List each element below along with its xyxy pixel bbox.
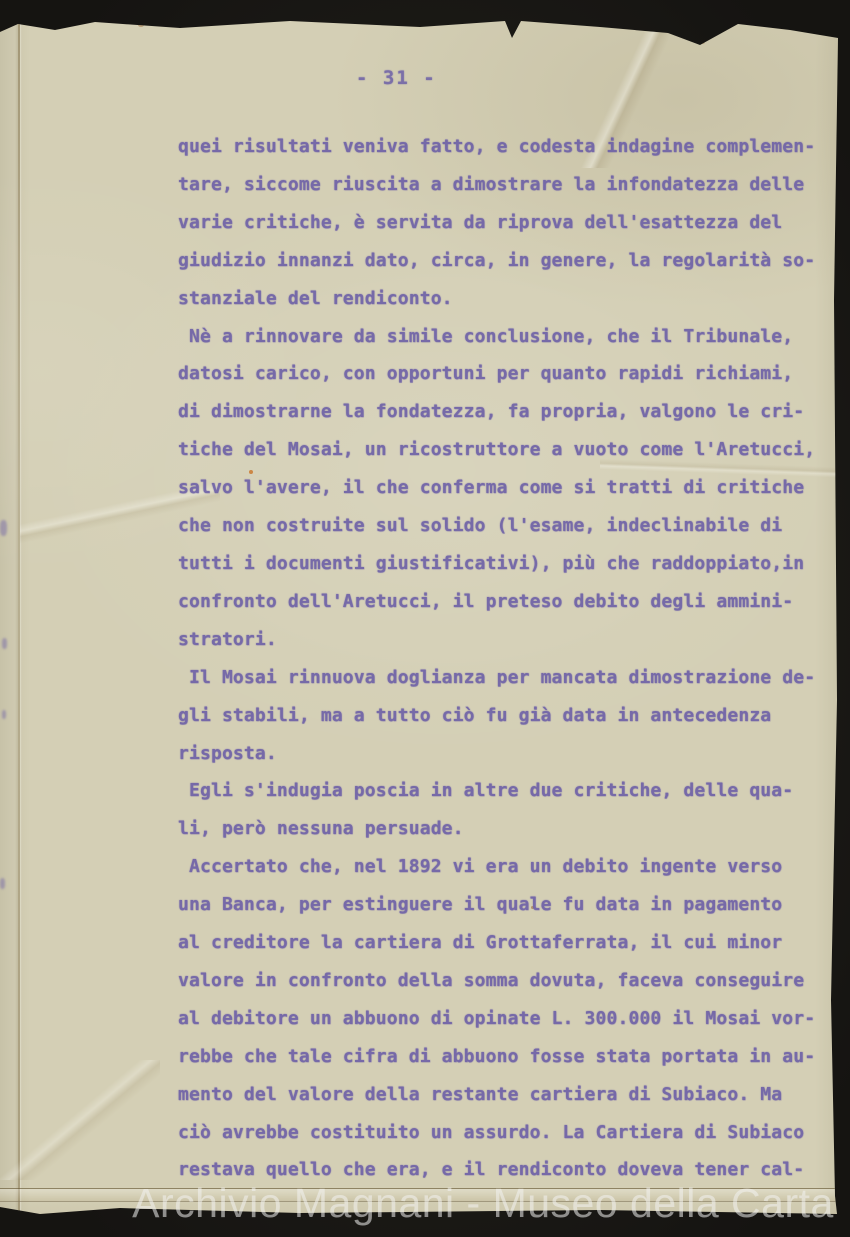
- text-line: Il Mosai rinnuova doglianza per mancata …: [178, 659, 838, 697]
- text-line: salvo l'avere, il che conferma come si t…: [178, 469, 838, 507]
- text-line: che non costruite sul solido (l'esame, i…: [178, 507, 838, 545]
- binding-crease: [18, 22, 20, 1213]
- archive-watermark: Archivio Magnani - Museo della Carta: [118, 1180, 848, 1227]
- text-line: una Banca, per estinguere il quale fu da…: [178, 886, 838, 924]
- text-line: di dimostrarne la fondatezza, fa propria…: [178, 393, 838, 431]
- adjacent-sheet-strip: [0, 0, 18, 1237]
- text-line: stanziale del rendiconto.: [178, 280, 838, 318]
- text-line: Nè a rinnovare da simile conclusione, ch…: [178, 318, 838, 356]
- ink-smudge: [2, 710, 6, 719]
- text-line: gli stabili, ma a tutto ciò fu già data …: [178, 697, 838, 735]
- text-line: tare, siccome riuscita a dimostrare la i…: [178, 166, 838, 204]
- scanned-page-background: - 31 - quei risultati veniva fatto, e co…: [0, 0, 850, 1237]
- ink-smudge: [0, 878, 5, 889]
- text-line: Accertato che, nel 1892 vi era un debito…: [178, 848, 838, 886]
- text-line: mento del valore della restante cartiera…: [178, 1076, 838, 1114]
- text-line: valore in confronto della somma dovuta, …: [178, 962, 838, 1000]
- text-line: tiche del Mosai, un ricostruttore a vuot…: [178, 431, 838, 469]
- text-line: al creditore la cartiera di Grottaferrat…: [178, 924, 838, 962]
- text-line: varie critiche, è servita da riprova del…: [178, 204, 838, 242]
- paper-stain: [36, 18, 46, 25]
- ink-smudge: [0, 520, 7, 536]
- text-line: stratori.: [178, 621, 838, 659]
- paper-crease: [0, 1060, 160, 1180]
- text-line: rebbe che tale cifra di abbuono fosse st…: [178, 1038, 838, 1076]
- typed-text-block: quei risultati veniva fatto, e codesta i…: [178, 128, 838, 1189]
- text-line: ciò avrebbe costituito un assurdo. La Ca…: [178, 1114, 838, 1152]
- text-line: quei risultati veniva fatto, e codesta i…: [178, 128, 838, 166]
- text-line: al debitore un abbuono di opinate L. 300…: [178, 1000, 838, 1038]
- text-line: Egli s'indugia poscia in altre due criti…: [178, 772, 838, 810]
- text-line: tutti i documenti giustificativi), più c…: [178, 545, 838, 583]
- paper-stain: [138, 23, 144, 27]
- text-line: confronto dell'Aretucci, il preteso debi…: [178, 583, 838, 621]
- ink-smudge: [2, 638, 7, 649]
- text-line: risposta.: [178, 735, 838, 773]
- text-line: datosi carico, con opportuni per quanto …: [178, 355, 838, 393]
- text-line: giudizio innanzi dato, circa, in genere,…: [178, 242, 838, 280]
- document-page: - 31 - quei risultati veniva fatto, e co…: [0, 0, 850, 1237]
- text-line: li, però nessuna persuade.: [178, 810, 838, 848]
- page-number: - 31 -: [356, 66, 437, 90]
- paper-stain: [700, 40, 705, 44]
